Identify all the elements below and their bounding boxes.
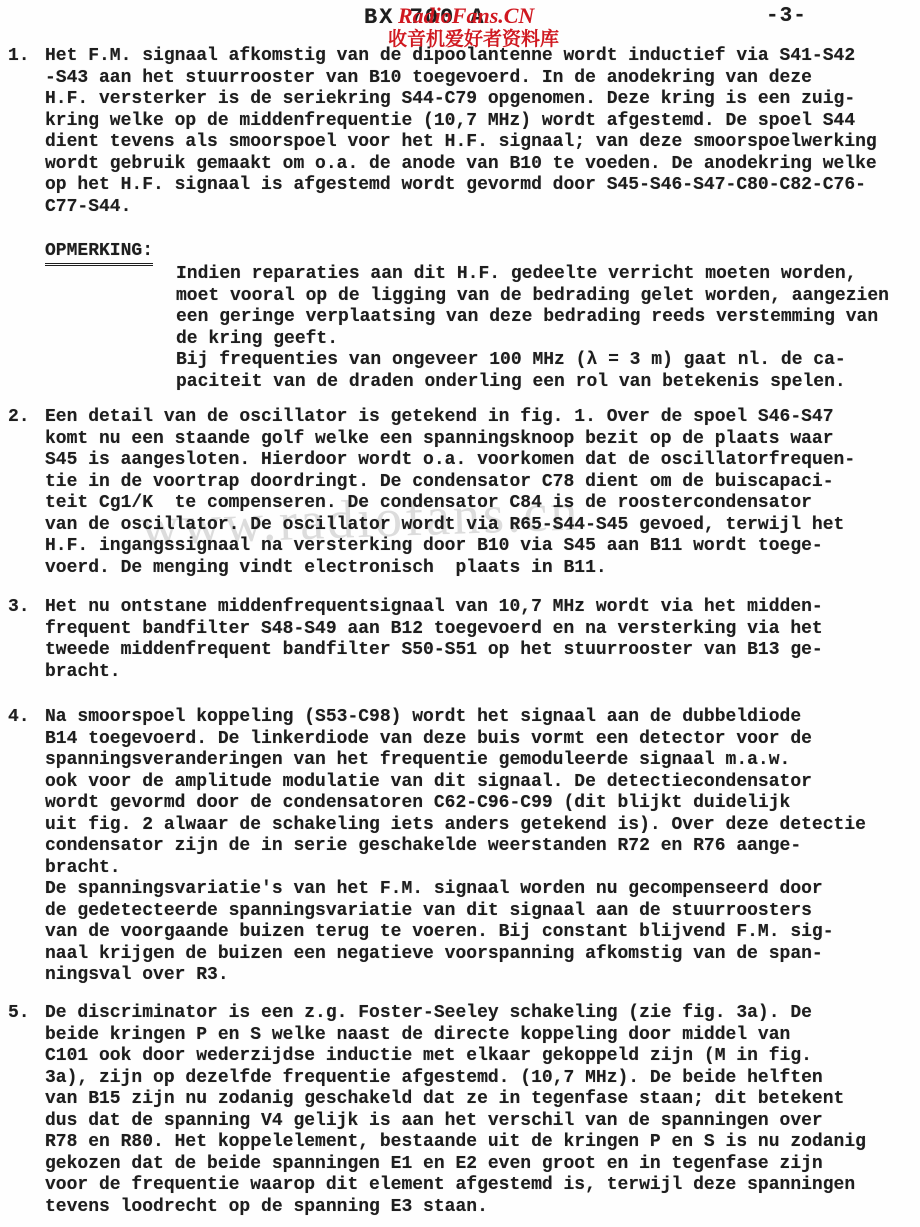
note-heading: OPMERKING: (45, 241, 153, 266)
paragraph-1-text: Het F.M. signaal afkomstig van de dipool… (45, 46, 877, 218)
note-text: Indien reparaties aan dit H.F. gedeelte … (176, 264, 889, 393)
paragraph-5-number: 5. (8, 1003, 30, 1025)
scanned-document-page: BX 700 A -3- RadioFans.CN 收音机爱好者资料库 www.… (0, 0, 920, 1227)
paragraph-4-text: Na smoorspoel koppeling (S53-C98) wordt … (45, 707, 866, 987)
paragraph-5-text: De discriminator is een z.g. Foster-Seel… (45, 1003, 866, 1218)
paragraph-3-text: Het nu ontstane middenfrequentsignaal va… (45, 597, 823, 683)
paragraph-1-number: 1. (8, 46, 30, 68)
paragraph-4-number: 4. (8, 707, 30, 729)
paragraph-2-number: 2. (8, 407, 30, 429)
paragraph-2-text: Een detail van de oscillator is getekend… (45, 407, 855, 579)
page-number: -3- (766, 5, 807, 28)
paragraph-3-number: 3. (8, 597, 30, 619)
